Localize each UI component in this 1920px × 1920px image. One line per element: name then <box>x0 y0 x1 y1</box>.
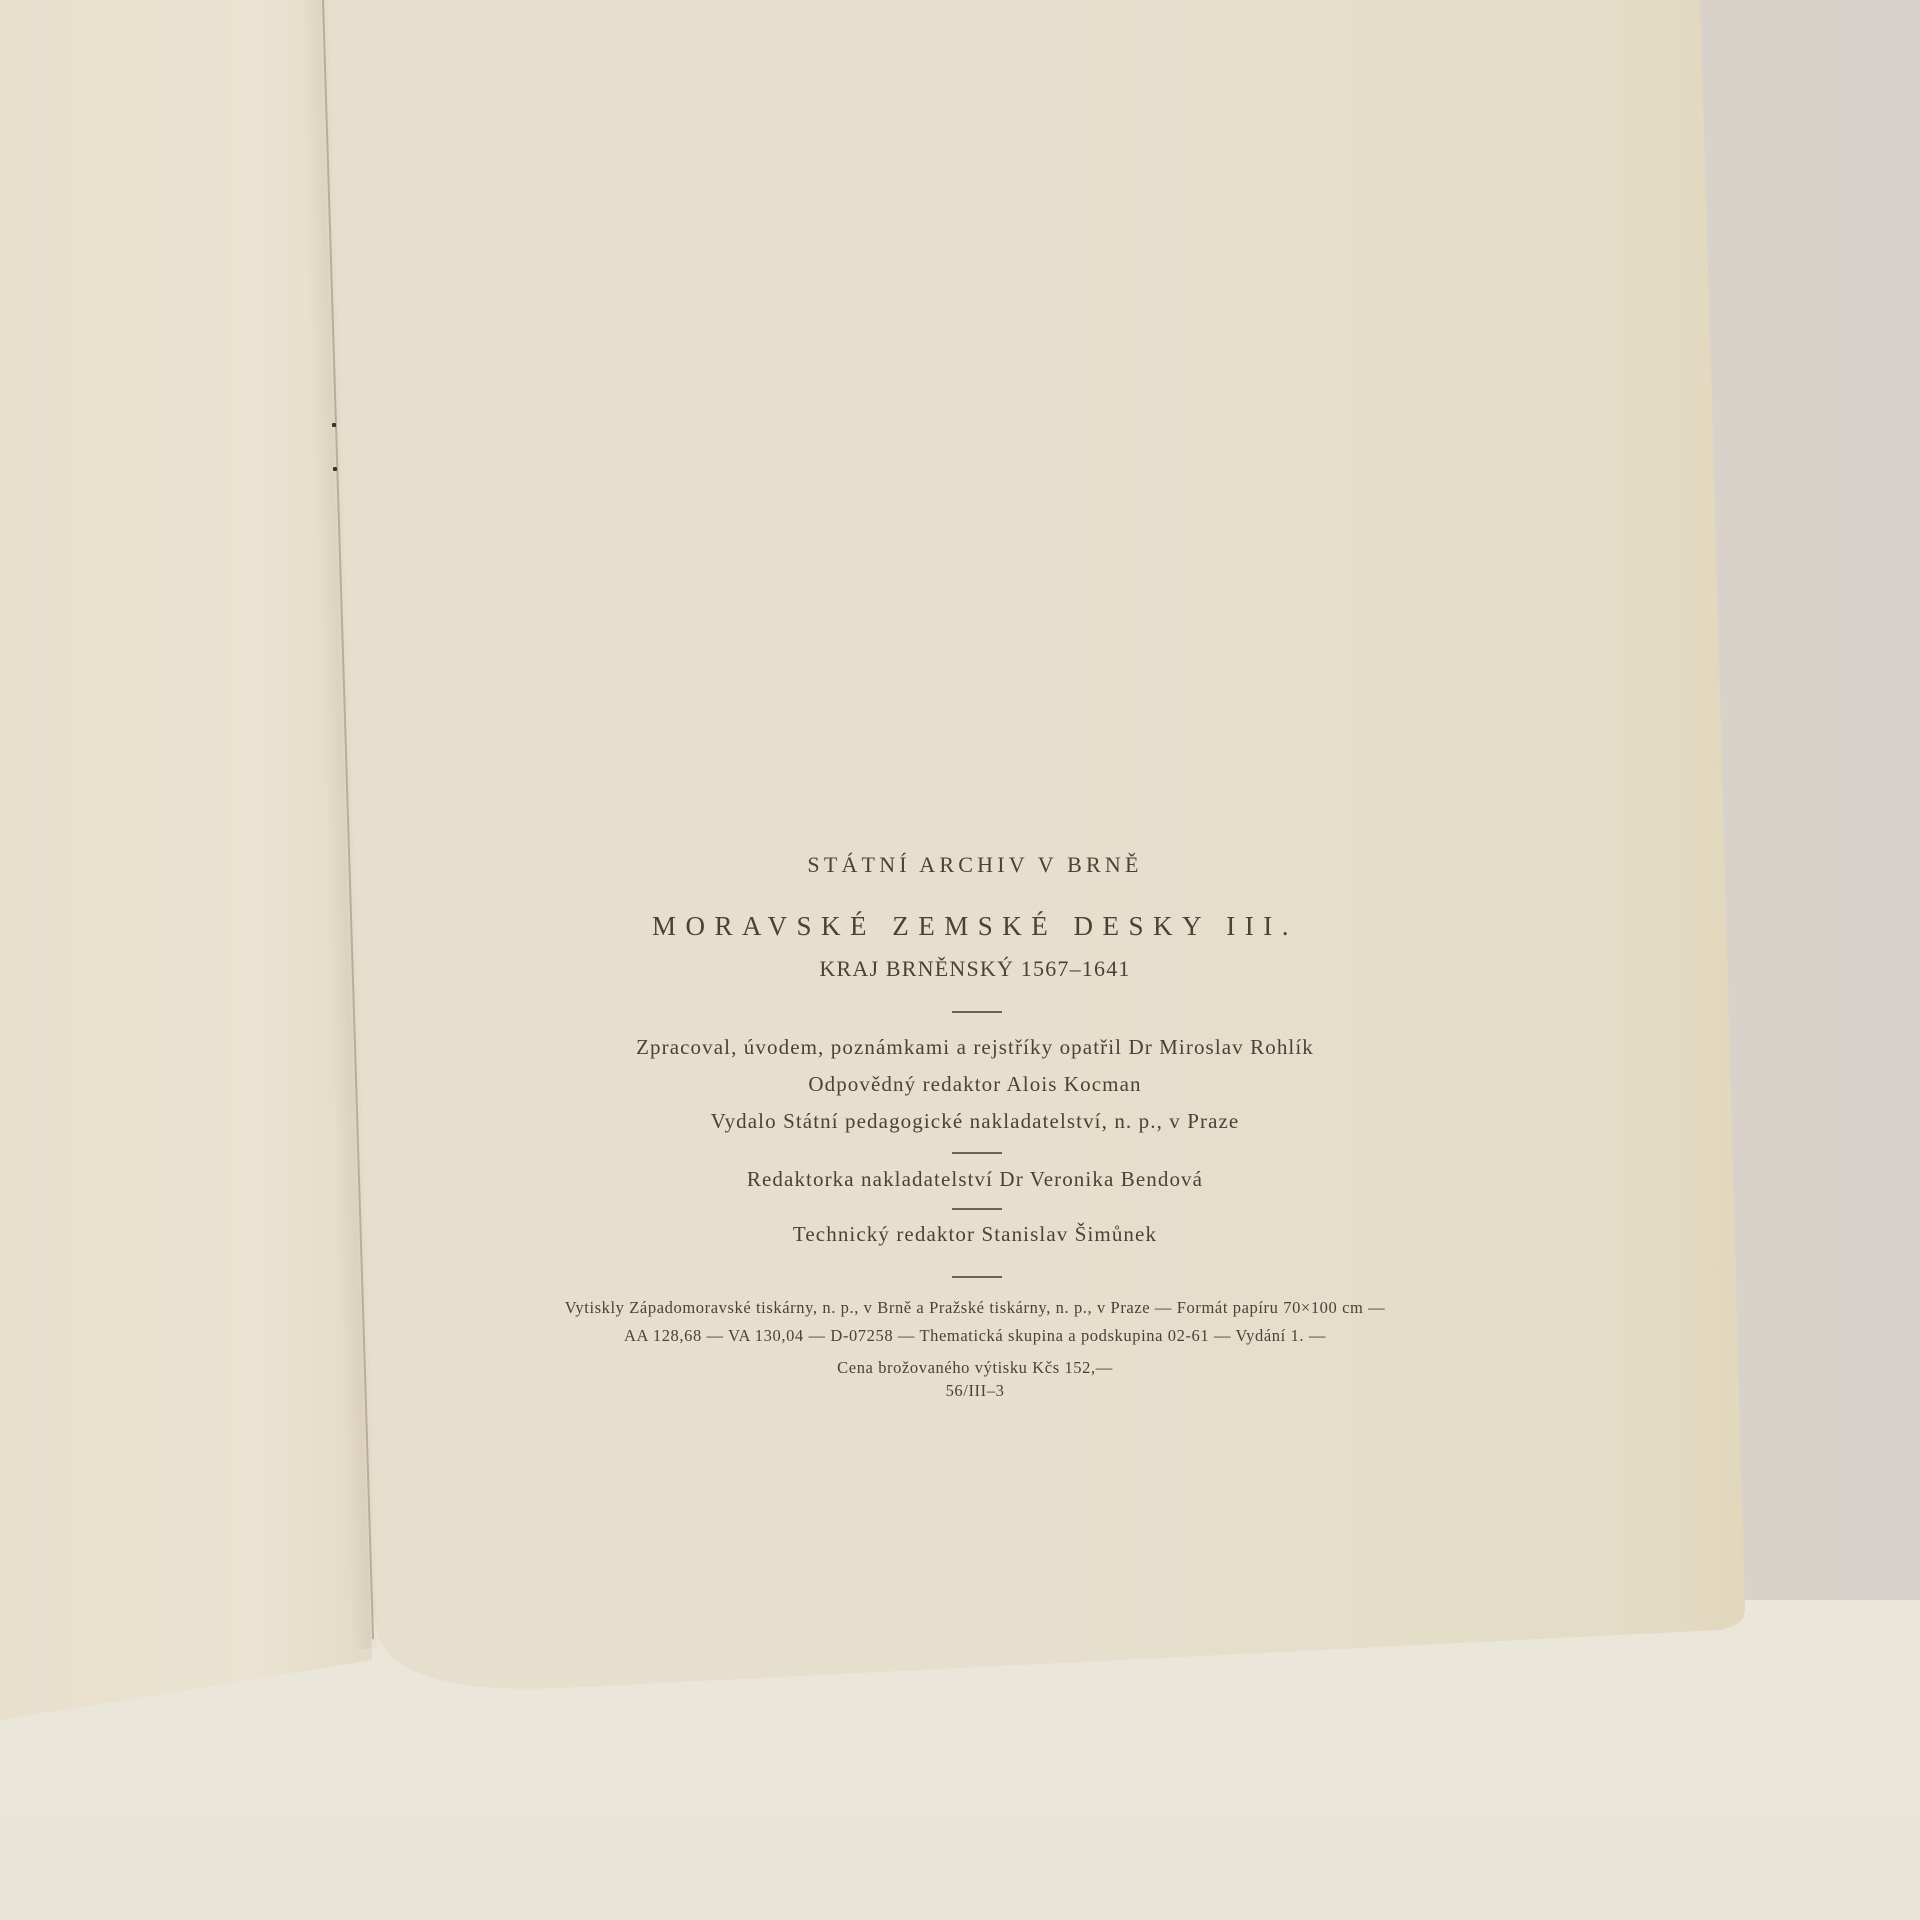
colophon-line: AA 128,68 — VA 130,04 — D-07258 — Themat… <box>0 1326 1920 1346</box>
divider <box>952 1152 1002 1154</box>
staple-mark <box>333 467 337 471</box>
book-title: MORAVSKÉ ZEMSKÉ DESKY III. <box>0 911 1920 942</box>
book-subtitle: KRAJ BRNĚNSKÝ 1567–1641 <box>0 956 1920 982</box>
photo-scene: STÁTNÍ ARCHIV V BRNĚ MORAVSKÉ ZEMSKÉ DES… <box>0 0 1920 1920</box>
credit-line: Zpracoval, úvodem, poznámkami a rejstřík… <box>0 1035 1920 1060</box>
divider <box>952 1208 1002 1210</box>
credit-line: Vydalo Státní pedagogické nakladatelství… <box>0 1109 1920 1134</box>
colophon-line: Vytiskly Západomoravské tiskárny, n. p.,… <box>0 1298 1920 1318</box>
divider <box>952 1011 1002 1013</box>
colophon-price: Cena brožovaného výtisku Kčs 152,— <box>0 1358 1920 1378</box>
technical-editor: Technický redaktor Stanislav Šimůnek <box>0 1222 1920 1247</box>
divider <box>952 1276 1002 1278</box>
credit-line: Odpovědný redaktor Alois Kocman <box>0 1072 1920 1097</box>
publisher-editor: Redaktorka nakladatelství Dr Veronika Be… <box>0 1167 1920 1192</box>
institution-heading: STÁTNÍ ARCHIV V BRNĚ <box>0 852 1920 878</box>
staple-mark <box>332 423 336 427</box>
colophon-code: 56/III–3 <box>0 1381 1920 1401</box>
